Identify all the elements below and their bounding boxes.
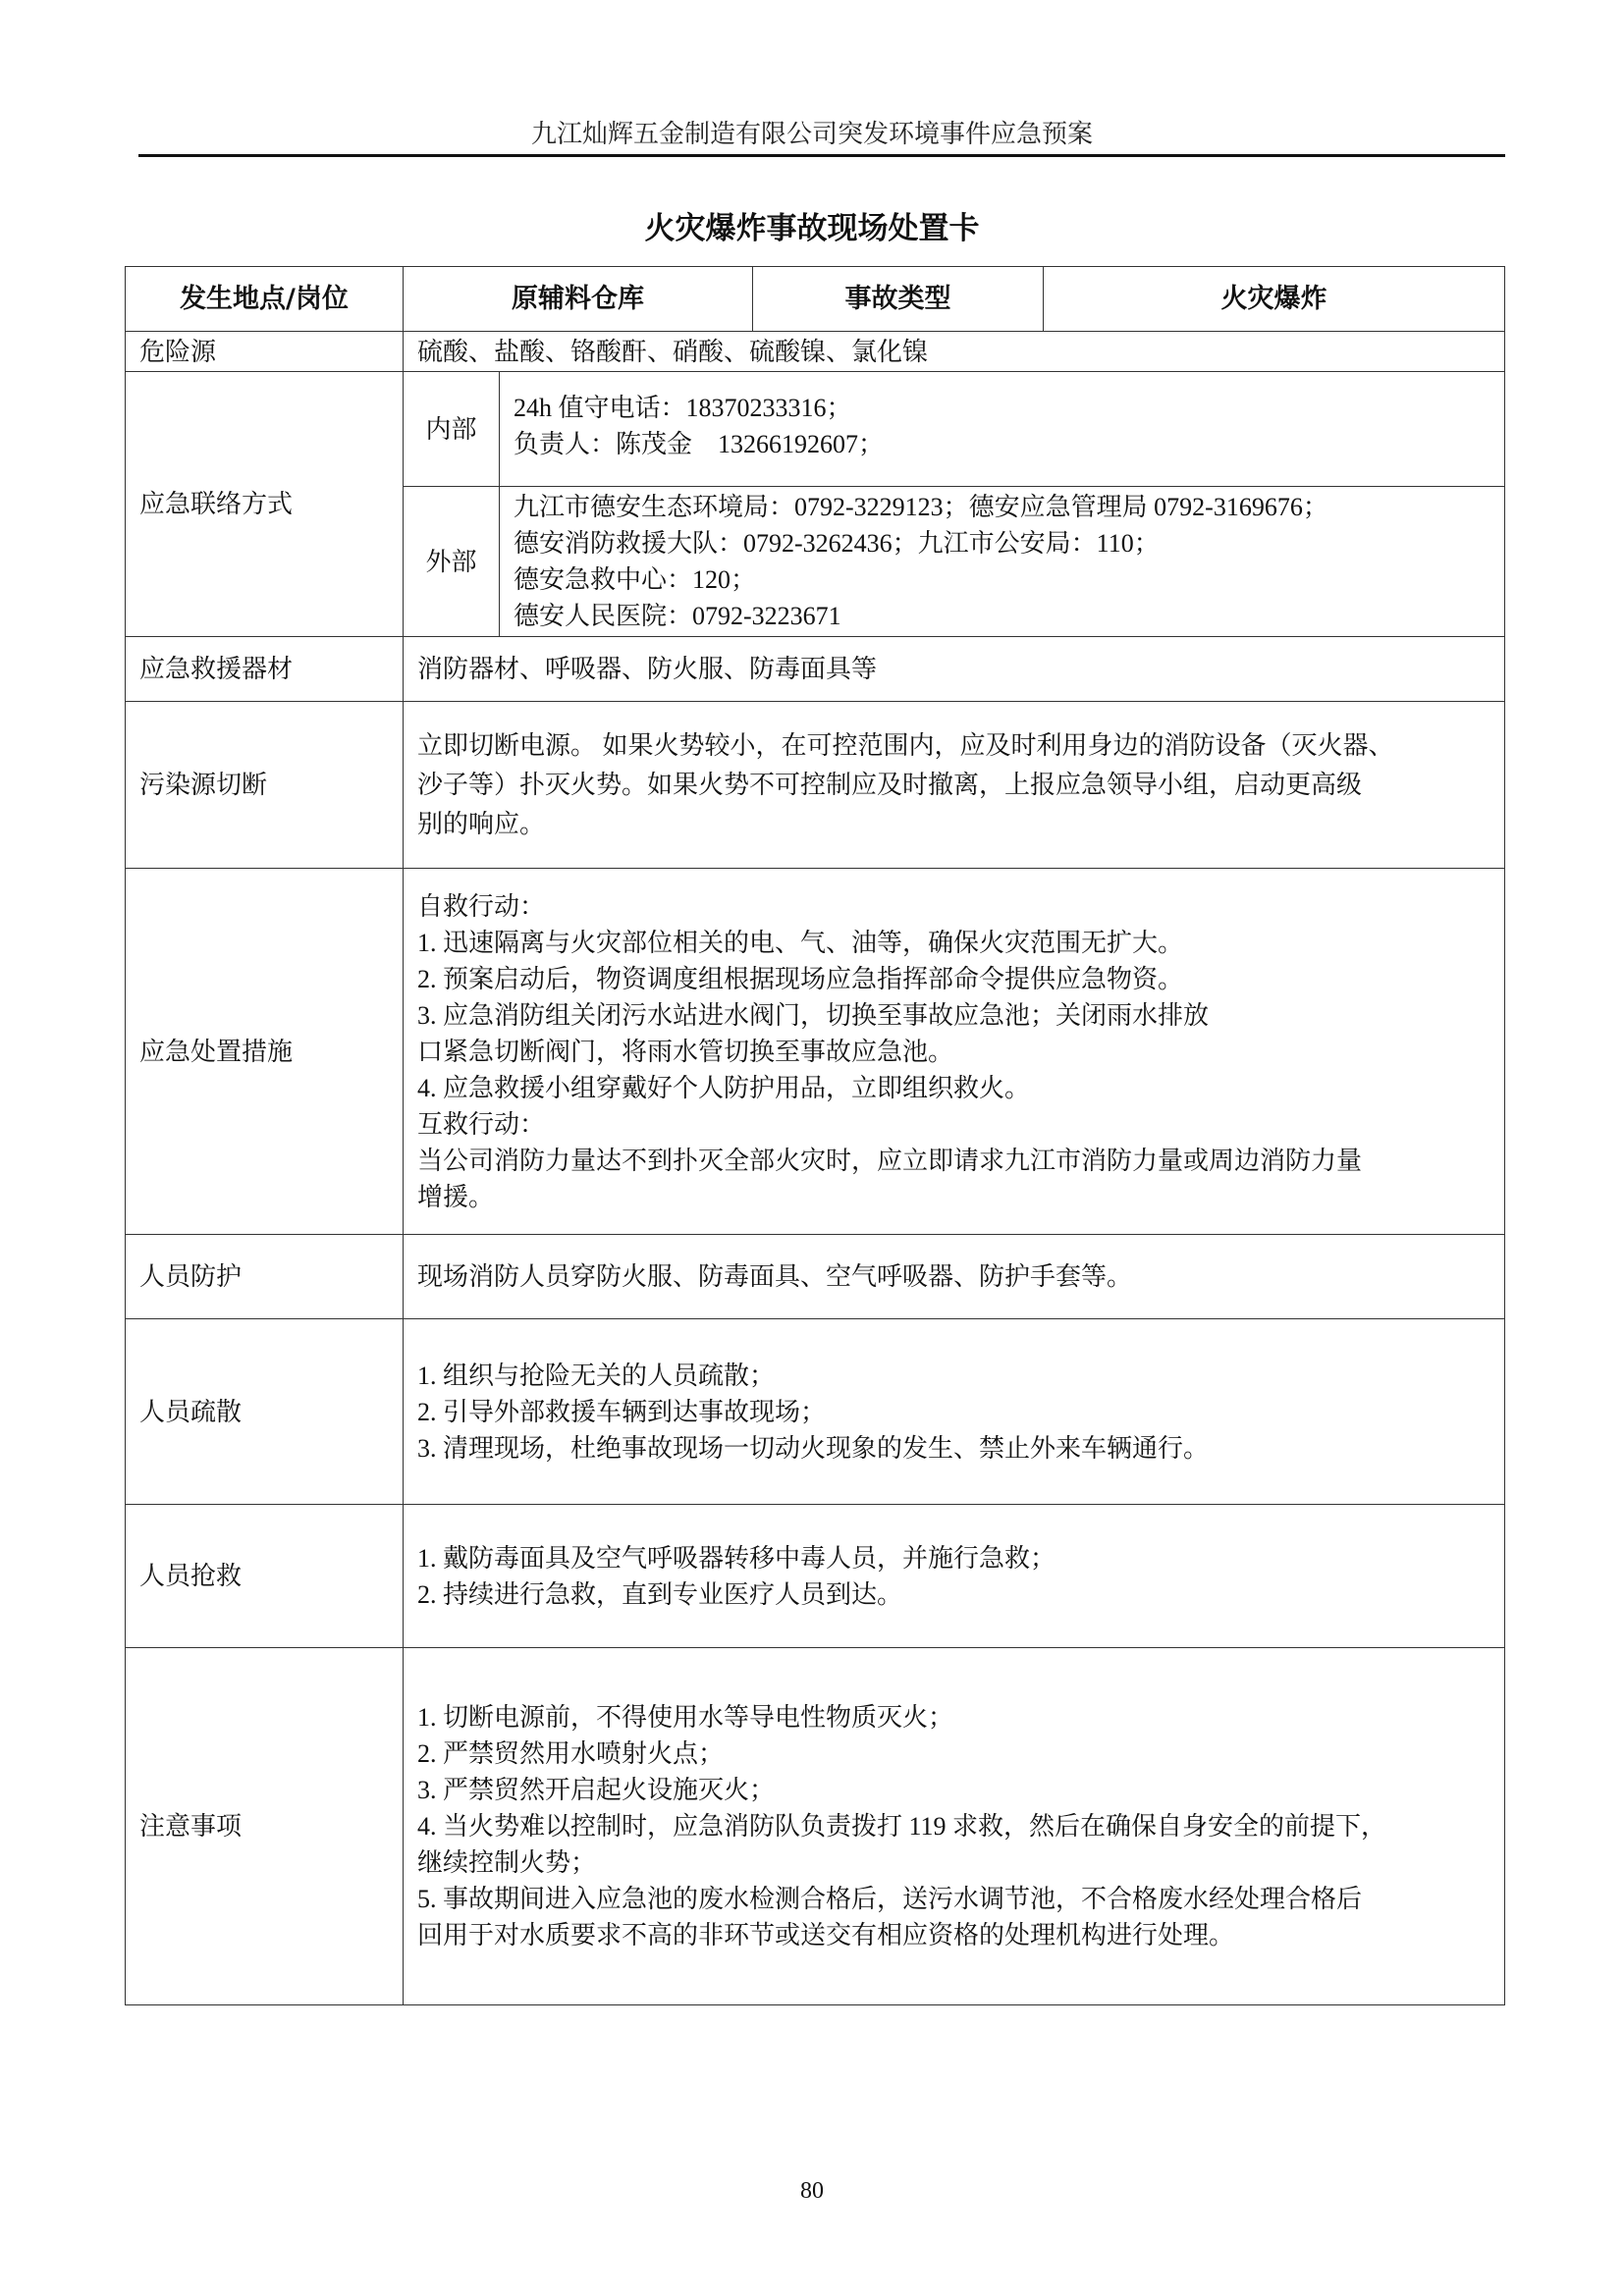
evacuation-item: 2. 引导外部救援车辆到达事故现场； xyxy=(417,1394,1209,1430)
measure-item: 口紧急切断阀门，将雨水管切换至事故应急池。 xyxy=(417,1034,1362,1070)
pollution-cutoff-text: 立即切断电源。 如果火势较小，在可控范围内，应及时利用身边的消防设备（灭火器、 … xyxy=(417,726,1394,844)
accident-type-value: 火灾爆炸 xyxy=(1221,281,1327,317)
evacuation-label-cell: 人员疏散 xyxy=(125,1318,404,1505)
external-contact-line: 德安人民医院：0792-3223671 xyxy=(514,598,1328,634)
rescue-item: 2. 持续进行急救，直到专业医疗人员到达。 xyxy=(417,1576,1056,1613)
measure-item: 3. 应急消防组关闭污水站进水阀门，切换至事故应急池；关闭雨水排放 xyxy=(417,997,1362,1034)
external-contacts-label: 外部 xyxy=(425,544,476,580)
notes-list: 1. 切断电源前，不得使用水等导电性物质灭火； 2. 严禁贸然用水喷射火点； 3… xyxy=(417,1699,1386,1953)
text-line: 别的响应。 xyxy=(417,805,1394,844)
external-contact-line: 德安急救中心：120； xyxy=(514,561,1328,598)
internal-contacts-cell: 24h 值守电话：18370233316； 负责人：陈茂金 1326619260… xyxy=(499,371,1505,487)
external-contacts-list: 九江市德安生态环境局：0792-3229123；德安应急管理局 0792-316… xyxy=(514,489,1328,634)
protection-label: 人员防护 xyxy=(139,1258,242,1295)
pollution-cutoff-cell: 立即切断电源。 如果火势较小，在可控范围内，应及时利用身边的消防设备（灭火器、 … xyxy=(403,701,1505,869)
accident-type-value-cell: 火灾爆炸 xyxy=(1043,266,1505,332)
rescue-list: 1. 戴防毒面具及空气呼吸器转移中毒人员，并施行急救； 2. 持续进行急救，直到… xyxy=(417,1540,1056,1613)
pollution-cutoff-label: 污染源切断 xyxy=(139,767,267,803)
evacuation-cell: 1. 组织与抢险无关的人员疏散； 2. 引导外部救援车辆到达事故现场； 3. 清… xyxy=(403,1318,1505,1505)
external-contact-line: 德安消防救援大队：0792-3262436；九江市公安局：110； xyxy=(514,525,1328,561)
note-item: 继续控制火势； xyxy=(417,1844,1386,1881)
note-item: 回用于对水质要求不高的非环节或送交有相应资格的处理机构进行处理。 xyxy=(417,1917,1386,1953)
protection-label-cell: 人员防护 xyxy=(125,1234,404,1319)
pollution-cutoff-label-cell: 污染源切断 xyxy=(125,701,404,869)
self-rescue-heading: 自救行动： xyxy=(417,888,1362,925)
notes-label: 注意事项 xyxy=(139,1808,242,1844)
evacuation-item: 3. 清理现场，杜绝事故现场一切动火现象的发生、禁止外来车辆通行。 xyxy=(417,1430,1209,1467)
mutual-rescue-heading: 互救行动： xyxy=(417,1106,1362,1143)
text-line: 沙子等）扑灭火势。如果火势不可控制应及时撤离，上报应急领导小组，启动更高级 xyxy=(417,766,1394,805)
external-contacts-cell: 九江市德安生态环境局：0792-3229123；德安应急管理局 0792-316… xyxy=(499,486,1505,637)
internal-contacts-label: 内部 xyxy=(425,411,476,448)
measures-cell: 自救行动： 1. 迅速隔离与火灾部位相关的电、气、油等，确保火灾范围无扩大。 2… xyxy=(403,868,1505,1235)
note-item: 2. 严禁贸然用水喷射火点； xyxy=(417,1735,1386,1772)
external-contact-line: 九江市德安生态环境局：0792-3229123；德安应急管理局 0792-316… xyxy=(514,489,1328,525)
evacuation-label: 人员疏散 xyxy=(139,1394,242,1430)
note-item: 3. 严禁贸然开启起火设施灭火； xyxy=(417,1772,1386,1808)
internal-contacts-list: 24h 值守电话：18370233316； 负责人：陈茂金 1326619260… xyxy=(514,390,884,462)
location-label-cell: 发生地点/岗位 xyxy=(125,266,404,332)
hazard-label: 危险源 xyxy=(139,334,216,370)
notes-label-cell: 注意事项 xyxy=(125,1647,404,2005)
protection-value: 现场消防人员穿防火服、防毒面具、空气呼吸器、防护手套等。 xyxy=(417,1258,1132,1295)
measure-item: 1. 迅速隔离与火灾部位相关的电、气、油等，确保火灾范围无扩大。 xyxy=(417,925,1362,961)
measure-item: 增援。 xyxy=(417,1179,1362,1215)
card-title: 火灾爆炸事故现场处置卡 xyxy=(0,208,1624,249)
rescue-item: 1. 戴防毒面具及空气呼吸器转移中毒人员，并施行急救； xyxy=(417,1540,1056,1576)
evacuation-list: 1. 组织与抢险无关的人员疏散； 2. 引导外部救援车辆到达事故现场； 3. 清… xyxy=(417,1358,1209,1467)
page-number: 80 xyxy=(0,2175,1624,2207)
internal-contact-line: 负责人：陈茂金 13266192607； xyxy=(514,426,884,462)
note-item: 5. 事故期间进入应急池的废水检测合格后，送污水调节池，不合格废水经处理合格后 xyxy=(417,1881,1386,1917)
hazard-value: 硫酸、盐酸、铬酸酐、硝酸、硫酸镍、氯化镍 xyxy=(417,334,928,370)
evacuation-item: 1. 组织与抢险无关的人员疏散； xyxy=(417,1358,1209,1394)
internal-contacts-label-cell: 内部 xyxy=(403,371,500,487)
measure-item: 4. 应急救援小组穿戴好个人防护用品，立即组织救火。 xyxy=(417,1070,1362,1106)
equipment-label-cell: 应急救援器材 xyxy=(125,636,404,702)
measure-item: 2. 预案启动后，物资调度组根据现场应急指挥部命令提供应急物资。 xyxy=(417,961,1362,997)
accident-type-label-cell: 事故类型 xyxy=(752,266,1044,332)
text-line: 立即切断电源。 如果火势较小，在可控范围内，应及时利用身边的消防设备（灭火器、 xyxy=(417,726,1394,766)
notes-cell: 1. 切断电源前，不得使用水等导电性物质灭火； 2. 严禁贸然用水喷射火点； 3… xyxy=(403,1647,1505,2005)
accident-type-label: 事故类型 xyxy=(845,281,951,317)
running-header: 九江灿辉五金制造有限公司突发环境事件应急预案 xyxy=(0,116,1624,153)
internal-contact-line: 24h 值守电话：18370233316； xyxy=(514,390,884,426)
equipment-label: 应急救援器材 xyxy=(139,651,293,687)
rescue-label: 人员抢救 xyxy=(139,1558,242,1594)
hazard-value-cell: 硫酸、盐酸、铬酸酐、硝酸、硫酸镍、氯化镍 xyxy=(403,331,1505,372)
measures-label: 应急处置措施 xyxy=(139,1034,293,1070)
equipment-value: 消防器材、呼吸器、防火服、防毒面具等 xyxy=(417,651,877,687)
rescue-cell: 1. 戴防毒面具及空气呼吸器转移中毒人员，并施行急救； 2. 持续进行急救，直到… xyxy=(403,1504,1505,1648)
measure-item: 当公司消防力量达不到扑灭全部火灾时，应立即请求九江市消防力量或周边消防力量 xyxy=(417,1143,1362,1179)
measures-label-cell: 应急处置措施 xyxy=(125,868,404,1235)
location-label: 发生地点/岗位 xyxy=(180,281,349,317)
external-contacts-label-cell: 外部 xyxy=(403,486,500,637)
location-value-cell: 原辅料仓库 xyxy=(403,266,753,332)
header-divider xyxy=(138,154,1505,157)
note-item: 1. 切断电源前，不得使用水等导电性物质灭火； xyxy=(417,1699,1386,1735)
hazard-label-cell: 危险源 xyxy=(125,331,404,372)
location-value: 原辅料仓库 xyxy=(512,281,644,317)
contacts-label-cell: 应急联络方式 xyxy=(125,371,404,637)
rescue-label-cell: 人员抢救 xyxy=(125,1504,404,1648)
note-item: 4. 当火势难以控制时，应急消防队负责拨打 119 求救，然后在确保自身安全的前… xyxy=(417,1808,1386,1844)
protection-value-cell: 现场消防人员穿防火服、防毒面具、空气呼吸器、防护手套等。 xyxy=(403,1234,1505,1319)
equipment-value-cell: 消防器材、呼吸器、防火服、防毒面具等 xyxy=(403,636,1505,702)
measures-list: 自救行动： 1. 迅速隔离与火灾部位相关的电、气、油等，确保火灾范围无扩大。 2… xyxy=(417,888,1362,1215)
contacts-label: 应急联络方式 xyxy=(139,486,293,522)
